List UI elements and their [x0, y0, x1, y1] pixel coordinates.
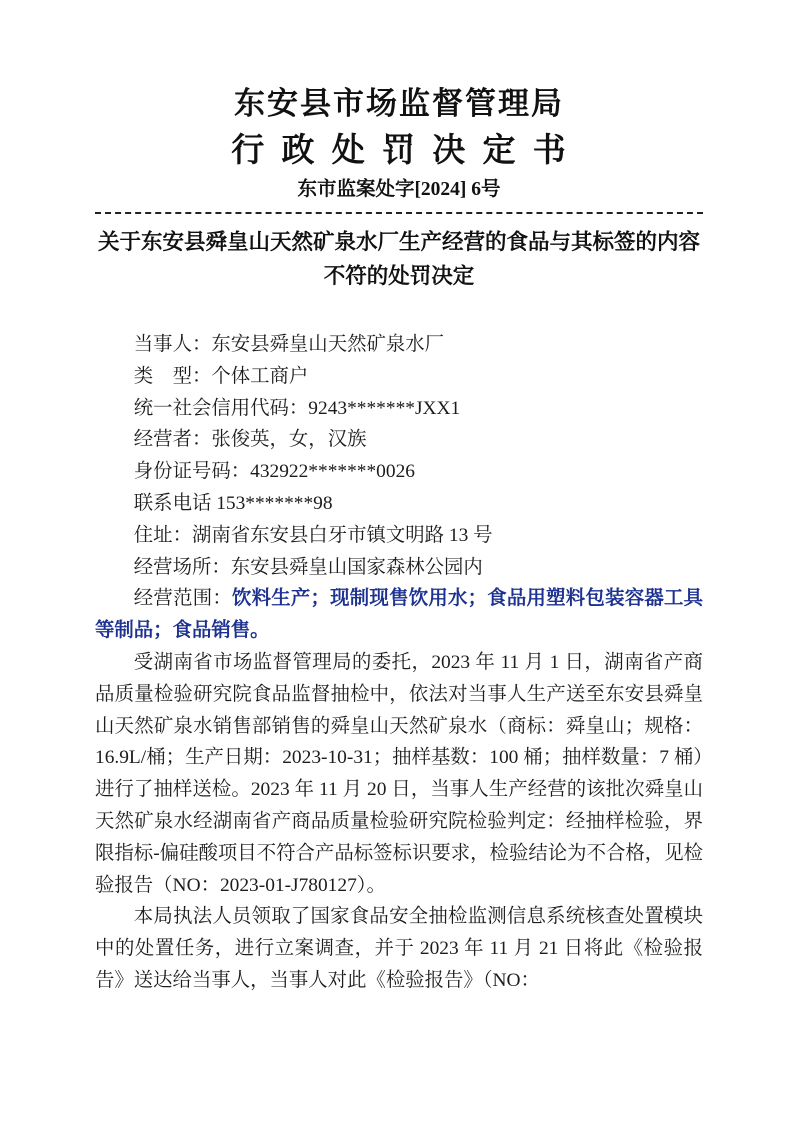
party-field-operator: 经营者：张俊英，女，汉族 — [95, 424, 703, 456]
party-field-business-premises: 经营场所：东安县舜皇山国家森林公园内 — [95, 552, 703, 584]
dashed-divider — [95, 212, 703, 214]
doc-number: 东市监案处字[2024] 6号 — [95, 176, 703, 203]
paragraph-case-filing: 本局执法人员领取了国家食品安全抽检监测信息系统核查处置模块中的处置任务，进行立案… — [95, 901, 703, 996]
org-title: 东安县市场监督管理局 — [95, 84, 703, 124]
business-scope-label: 经营范围： — [134, 588, 232, 609]
party-field-address: 住址：湖南省东安县白牙市镇文明路 13 号 — [95, 520, 703, 552]
doc-type-title: 行 政 处 罚 决 定 书 — [95, 128, 703, 174]
subject-title: 关于东安县舜皇山天然矿泉水厂生产经营的食品与其标签的内容不符的处罚决定 — [95, 225, 703, 293]
paragraph-inspection-findings: 受湖南省市场监督管理局的委托，2023 年 11 月 1 日，湖南省产商品质量检… — [95, 647, 703, 901]
party-field-name: 当事人：东安县舜皇山天然矿泉水厂 — [95, 329, 703, 361]
party-field-credit-code: 统一社会信用代码：9243*******JXX1 — [95, 393, 703, 425]
party-field-type: 类 型：个体工商户 — [95, 361, 703, 393]
party-field-phone: 联系电话 153*******98 — [95, 488, 703, 520]
party-field-id-number: 身份证号码：432922*******0026 — [95, 456, 703, 488]
party-field-business-scope: 经营范围：饮料生产；现制现售饮用水；食品用塑料包装容器工具等制品；食品销售。 — [95, 583, 703, 647]
document-body: 当事人：东安县舜皇山天然矿泉水厂 类 型：个体工商户 统一社会信用代码：9243… — [95, 329, 703, 997]
document-page: 东安县市场监督管理局 行 政 处 罚 决 定 书 东市监案处字[2024] 6号… — [0, 0, 793, 1122]
